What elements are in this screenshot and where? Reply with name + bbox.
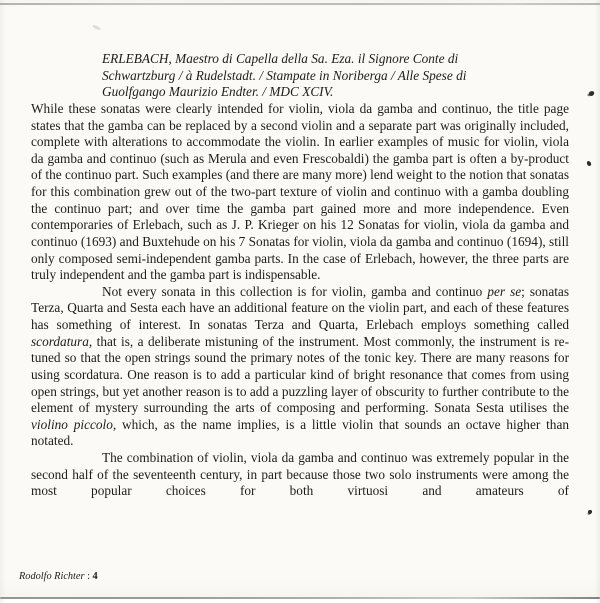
italic-text: violino piccolo — [31, 417, 113, 432]
page-number: 4 — [93, 571, 98, 582]
footer-credit: Rodolfo Richter — [19, 571, 85, 582]
paragraph: While these sonatas were clearly intende… — [31, 101, 569, 284]
body-text: While these sonatas were clearly intende… — [31, 101, 569, 500]
text-segment: While these sonatas were clearly intende… — [31, 101, 569, 282]
scan-speck — [587, 161, 592, 167]
title-citation: ERLEBACH, Maestro di Capella della Sa. E… — [102, 51, 569, 101]
heading-line: Schwartzburg / à Rudelstadt. / Stampate … — [102, 68, 569, 85]
text-block: ERLEBACH, Maestro di Capella della Sa. E… — [31, 0, 569, 500]
italic-text: scordatura — [31, 334, 89, 349]
scanned-booklet-page: ERLEBACH, Maestro di Capella della Sa. E… — [0, 0, 600, 603]
heading-line: Guolfgango Maurizio Endter. / MDC XCIV. — [102, 84, 569, 101]
page-footer: Rodolfo Richter : 4 — [19, 571, 98, 583]
paragraph: Not every sonata in this collection is f… — [31, 284, 569, 450]
footer-separator: : — [85, 571, 93, 582]
scan-speck — [588, 90, 594, 96]
text-segment: , that is, a deliberate mistuning of the… — [31, 334, 569, 416]
scan-speck — [588, 510, 592, 514]
scan-edge-bottom — [0, 597, 600, 599]
paragraph: The combination of violin, viola da gamb… — [31, 450, 569, 500]
heading-line: ERLEBACH, Maestro di Capella della Sa. E… — [102, 51, 569, 68]
italic-text: per se — [487, 284, 521, 299]
text-segment: Not every sonata in this collection is f… — [102, 284, 487, 299]
text-segment: The combination of violin, viola da gamb… — [31, 450, 569, 498]
